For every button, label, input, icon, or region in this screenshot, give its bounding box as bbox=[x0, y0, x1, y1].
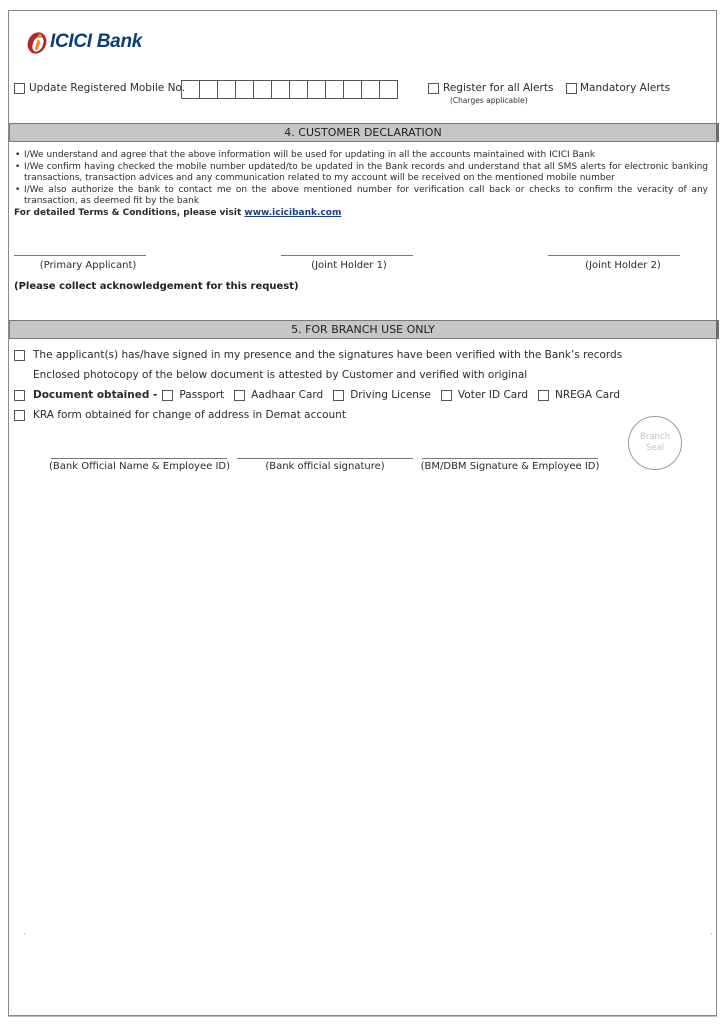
register-all-alerts-label: Register for all Alerts bbox=[443, 82, 553, 94]
mobile-digit-box[interactable] bbox=[182, 81, 200, 98]
document-obtained-row: Document obtained - Passport Aadhaar Car… bbox=[14, 389, 620, 401]
section-title-branch-use: 5. FOR BRANCH USE ONLY bbox=[9, 320, 719, 339]
bank-official-name-line[interactable] bbox=[51, 458, 227, 459]
bm-dbm-signature-label: (BM/DBM Signature & Employee ID) bbox=[419, 461, 601, 472]
mobile-digit-box[interactable] bbox=[254, 81, 272, 98]
nrega-label: NREGA Card bbox=[555, 389, 620, 401]
photocopy-note-text: Enclosed photocopy of the below document… bbox=[33, 369, 527, 381]
update-mobile-option[interactable]: Update Registered Mobile No. bbox=[14, 82, 185, 94]
bank-official-signature-label: (Bank official signature) bbox=[235, 461, 415, 472]
crop-mark bbox=[711, 933, 712, 935]
signature-line-primary[interactable] bbox=[14, 255, 146, 256]
update-mobile-checkbox[interactable] bbox=[14, 83, 25, 94]
terms-prefix: For detailed Terms & Conditions, please … bbox=[14, 208, 244, 218]
icici-bank-logo: ICICI Bank bbox=[26, 27, 142, 57]
acknowledgement-note: (Please collect acknowledgement for this… bbox=[14, 281, 299, 292]
passport-label: Passport bbox=[179, 389, 224, 401]
joint-holder-2-label: (Joint Holder 2) bbox=[548, 260, 698, 271]
signature-line-joint-1[interactable] bbox=[281, 255, 413, 256]
mandatory-alerts-checkbox[interactable] bbox=[566, 83, 577, 94]
mobile-digit-box[interactable] bbox=[326, 81, 344, 98]
bm-dbm-signature-line[interactable] bbox=[422, 458, 598, 459]
mobile-number-field[interactable] bbox=[181, 80, 398, 99]
terms-line: For detailed Terms & Conditions, please … bbox=[14, 208, 708, 220]
terms-link[interactable]: www.icicibank.com bbox=[244, 208, 341, 218]
passport-checkbox[interactable] bbox=[162, 390, 173, 401]
mobile-digit-box[interactable] bbox=[236, 81, 254, 98]
kra-form-label: KRA form obtained for change of address … bbox=[33, 409, 346, 421]
section-title-customer-declaration: 4. CUSTOMER DECLARATION bbox=[9, 123, 719, 142]
icici-i-swoosh-logo-icon bbox=[26, 29, 48, 55]
kra-form-option[interactable]: KRA form obtained for change of address … bbox=[14, 409, 346, 421]
register-all-alerts-option[interactable]: Register for all Alerts bbox=[428, 82, 553, 94]
register-all-alerts-checkbox[interactable] bbox=[428, 83, 439, 94]
signed-presence-checkbox[interactable] bbox=[14, 350, 25, 361]
mobile-digit-box[interactable] bbox=[344, 81, 362, 98]
bank-official-name-label: (Bank Official Name & Employee ID) bbox=[49, 461, 229, 472]
driving-license-checkbox[interactable] bbox=[333, 390, 344, 401]
joint-holder-1-label: (Joint Holder 1) bbox=[281, 260, 417, 271]
mobile-digit-box[interactable] bbox=[218, 81, 236, 98]
declaration-point: I/We confirm having checked the mobile n… bbox=[14, 162, 708, 185]
mobile-digit-box[interactable] bbox=[272, 81, 290, 98]
driving-license-label: Driving License bbox=[350, 389, 431, 401]
voter-id-checkbox[interactable] bbox=[441, 390, 452, 401]
document-obtained-checkbox[interactable] bbox=[14, 390, 25, 401]
signature-line-joint-2[interactable] bbox=[548, 255, 680, 256]
mobile-digit-box[interactable] bbox=[308, 81, 326, 98]
mobile-digit-box[interactable] bbox=[290, 81, 308, 98]
declaration-point: I/We understand and agree that the above… bbox=[14, 150, 708, 162]
declaration-point: I/We also authorize the bank to contact … bbox=[14, 185, 708, 208]
signed-presence-option[interactable]: The applicant(s) has/have signed in my p… bbox=[14, 349, 622, 361]
nrega-checkbox[interactable] bbox=[538, 390, 549, 401]
aadhaar-label: Aadhaar Card bbox=[251, 389, 323, 401]
brand-name: ICICI Bank bbox=[50, 31, 142, 53]
voter-id-label: Voter ID Card bbox=[458, 389, 528, 401]
mobile-digit-box[interactable] bbox=[362, 81, 380, 98]
crop-mark bbox=[24, 933, 25, 935]
branch-seal-area: Branch Seal bbox=[628, 416, 682, 470]
declaration-text: I/We understand and agree that the above… bbox=[14, 150, 708, 220]
aadhaar-checkbox[interactable] bbox=[234, 390, 245, 401]
bank-official-signature-line[interactable] bbox=[237, 458, 413, 459]
form-page: ICICI Bank Update Registered Mobile No. … bbox=[8, 10, 717, 1016]
mobile-digit-box[interactable] bbox=[200, 81, 218, 98]
update-mobile-label: Update Registered Mobile No. bbox=[29, 82, 185, 94]
mandatory-alerts-option[interactable]: Mandatory Alerts bbox=[566, 82, 670, 94]
branch-seal-text: Branch Seal bbox=[638, 432, 672, 454]
mobile-digit-box[interactable] bbox=[380, 81, 397, 98]
mandatory-alerts-label: Mandatory Alerts bbox=[580, 82, 670, 94]
signed-presence-label: The applicant(s) has/have signed in my p… bbox=[33, 349, 622, 361]
kra-form-checkbox[interactable] bbox=[14, 410, 25, 421]
primary-applicant-label: (Primary Applicant) bbox=[14, 260, 162, 271]
photocopy-note: Enclosed photocopy of the below document… bbox=[33, 369, 527, 381]
document-obtained-label: Document obtained - bbox=[33, 389, 157, 401]
charges-note: (Charges applicable) bbox=[450, 96, 528, 105]
